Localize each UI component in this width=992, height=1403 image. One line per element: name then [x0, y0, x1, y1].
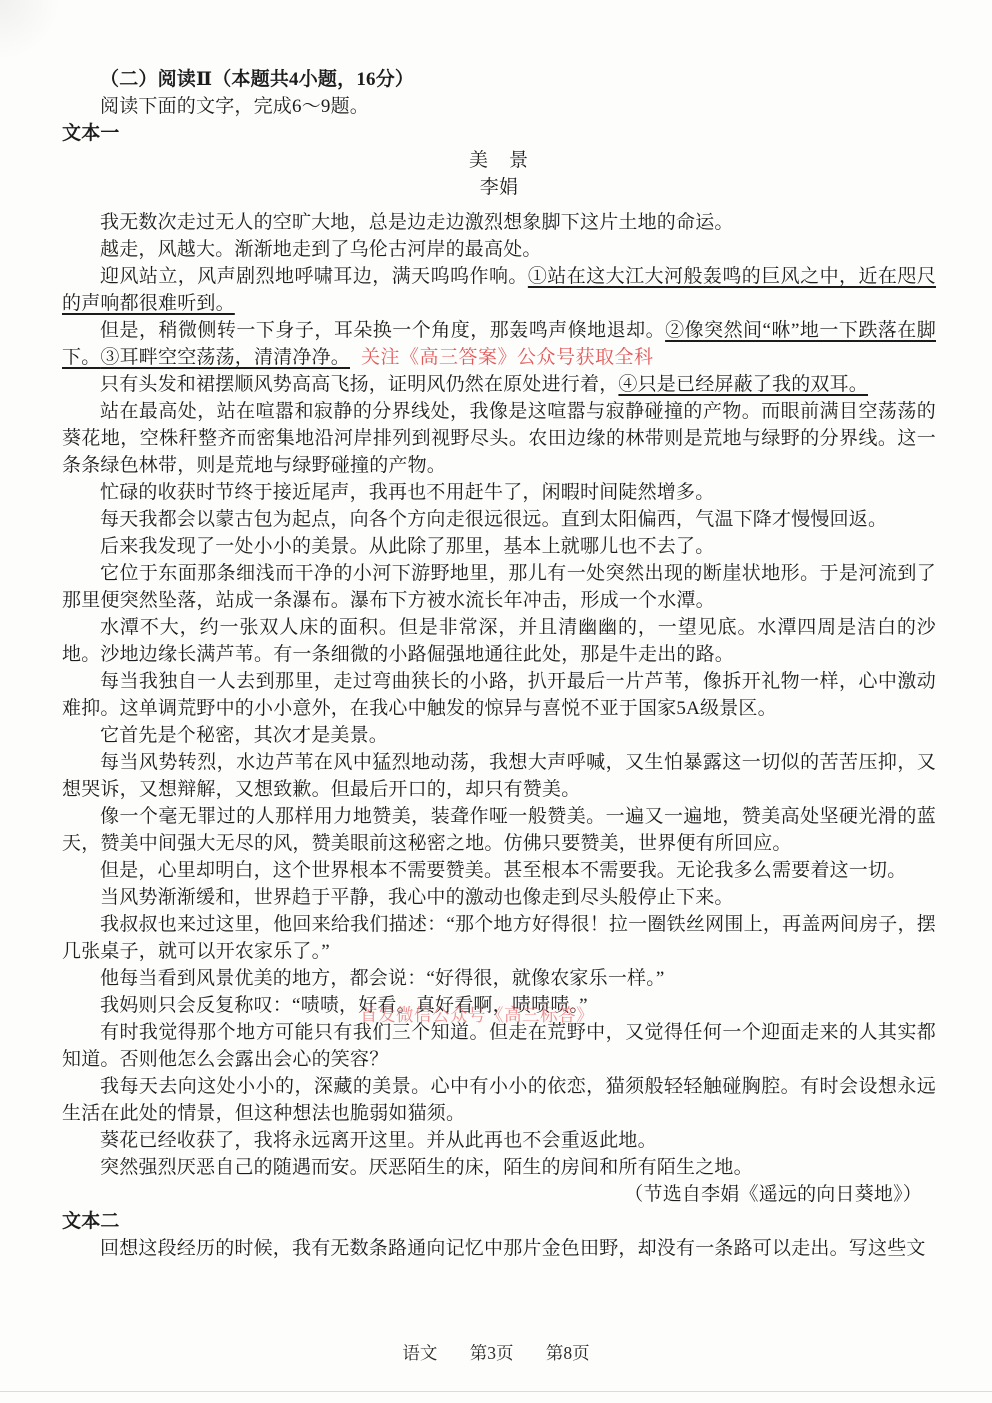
underlined-segment: ④只是已经屏蔽了我的双耳。	[618, 374, 868, 395]
paragraph: 它首先是个秘密，其次才是美景。	[62, 722, 936, 749]
paragraph: 当风势渐渐缓和，世界趋于平静，我心中的激动也像走到尽头般停止下来。	[62, 884, 936, 911]
text-segment: 站在最高处，站在喧嚣和寂静的分界线处，我像是这喧嚣与寂静碰撞的产物。而眼前满目空…	[62, 401, 936, 476]
text-two-label: 文本二	[62, 1208, 936, 1235]
essay-title: 美 景	[62, 147, 936, 174]
reading-instruction: 阅读下面的文字，完成6～9题。	[62, 93, 936, 120]
text-segment: 水潭不大，约一张双人床的面积。但是非常深，并且清幽幽的，一望见底。水潭四周是洁白…	[62, 617, 936, 665]
scan-edge-line	[0, 1391, 992, 1392]
text-segment: 它首先是个秘密，其次才是美景。	[100, 725, 388, 746]
text-one-label: 文本一	[62, 120, 936, 147]
underlined-segment: ③耳畔空空荡荡，清清净净。	[100, 347, 350, 368]
text-segment: 后来我发现了一处小小的美景。从此除了那里，基本上就哪儿也不去了。	[100, 536, 714, 557]
text-segment: 每当我独自一人去到那里，走过弯曲狭长的小路，扒开最后一片芦苇，像拆开礼物一样，心…	[62, 671, 936, 719]
footer-page-total: 第8页	[546, 1343, 590, 1363]
paragraph: 迎风站立，风声剧烈地呼啸耳边，满天呜呜作响。①站在这大江大河般轰鸣的巨风之中，近…	[62, 263, 936, 317]
paragraph: 他每当看到风景优美的地方，都会说：“好得很，就像农家乐一样。”	[62, 965, 936, 992]
paragraph: 像一个毫无罪过的人那样用力地赞美，装聋作哑一般赞美。一遍又一遍地，赞美高处坚硬光…	[62, 803, 936, 857]
text-segment: 像一个毫无罪过的人那样用力地赞美，装聋作哑一般赞美。一遍又一遍地，赞美高处坚硬光…	[62, 806, 936, 854]
text-segment: 它位于东面那条细浅而干净的小河下游野地里，那儿有一处突然出现的断崖状地形。于是河…	[62, 563, 936, 611]
text-segment: 我妈则只会反复称叹：“啧啧，好看。真好看啊，啧啧啧。”	[100, 995, 588, 1016]
text-segment: 突然强烈厌恶自己的随遇而安。厌恶陌生的床，陌生的房间和所有陌生之地。	[100, 1157, 753, 1178]
paragraph: 每天我都会以蒙古包为起点，向各个方向走很远很远。直到太阳偏西，气温下降才慢慢回返…	[62, 506, 936, 533]
paragraph: 我每天去向这处小小的，深藏的美景。心中有小小的依恋，猫须般轻轻触碰胸腔。有时会设…	[62, 1073, 936, 1127]
paragraph: 葵花已经收获了，我将永远离开这里。并从此再也不会重返此地。	[62, 1127, 936, 1154]
paragraph: 水潭不大，约一张双人床的面积。但是非常深，并且清幽幽的，一望见底。水潭四周是洁白…	[62, 614, 936, 668]
text-segment: 有时我觉得那个地方可能只有我们三个知道。但走在荒野中，又觉得任何一个迎面走来的人…	[62, 1022, 936, 1070]
article-body: 我无数次走过无人的空旷大地，总是边走边激烈想象脚下这片土地的命运。越走，风越大。…	[62, 209, 936, 1181]
text-segment: 越走，风越大。渐渐地走到了乌伦古河岸的最高处。	[100, 239, 542, 260]
text-segment: 忙碌的收获时节终于接近尾声，我再也不用赶牛了，闲暇时间陡然增多。	[100, 482, 714, 503]
text-segment: 他每当看到风景优美的地方，都会说：“好得很，就像农家乐一样。”	[100, 968, 665, 989]
text-two-body: 回想这段经历的时候，我有无数条路通向记忆中那片金色田野，却没有一条路可以走出。写…	[62, 1235, 936, 1262]
paragraph: 我妈则只会反复称叹：“啧啧，好看。真好看啊，啧啧啧。”	[62, 992, 936, 1019]
paragraph: 但是，稍微侧转一下身子，耳朵换一个角度，那轰鸣声倏地退却。②像突然间“咻”地一下…	[62, 317, 936, 371]
page-footer: 语文 第3页 第8页	[0, 1340, 992, 1365]
section-title: （二）阅读Ⅱ（本题共4小题，16分）	[62, 66, 936, 93]
text-segment: 每天我都会以蒙古包为起点，向各个方向走很远很远。直到太阳偏西，气温下降才慢慢回返…	[100, 509, 887, 530]
page-content: （二）阅读Ⅱ（本题共4小题，16分） 阅读下面的文字，完成6～9题。 文本一 美…	[62, 66, 936, 1262]
text-segment: 我无数次走过无人的空旷大地，总是边走边激烈想象脚下这片土地的命运。	[100, 212, 734, 233]
paragraph: 回想这段经历的时候，我有无数条路通向记忆中那片金色田野，却没有一条路可以走出。写…	[62, 1235, 936, 1262]
paragraph: 有时我觉得那个地方可能只有我们三个知道。但走在荒野中，又觉得任何一个迎面走来的人…	[62, 1019, 936, 1073]
paragraph: 我叔叔也来过这里，他回来给我们描述：“那个地方好得很！拉一圈铁丝网围上，再盖两间…	[62, 911, 936, 965]
paragraph: 越走，风越大。渐渐地走到了乌伦古河岸的最高处。	[62, 236, 936, 263]
paragraph: 忙碌的收获时节终于接近尾声，我再也不用赶牛了，闲暇时间陡然增多。	[62, 479, 936, 506]
text-segment: 但是，心里却明白，这个世界根本不需要赞美。甚至根本不需要我。无论我多么需要着这一…	[100, 860, 906, 881]
text-segment: 只有头发和裙摆顺风势高高飞扬，证明风仍然在原处进行着，	[100, 374, 618, 395]
footer-subject: 语文	[402, 1343, 437, 1363]
paragraph: 但是，心里却明白，这个世界根本不需要赞美。甚至根本不需要我。无论我多么需要着这一…	[62, 857, 936, 884]
source-attribution: （节选自李娟《遥远的向日葵地》）	[62, 1181, 936, 1208]
essay-author: 李娟	[62, 174, 936, 201]
text-segment: 我每天去向这处小小的，深藏的美景。心中有小小的依恋，猫须般轻轻触碰胸腔。有时会设…	[62, 1076, 936, 1124]
paragraph: 我无数次走过无人的空旷大地，总是边走边激烈想象脚下这片土地的命运。	[62, 209, 936, 236]
paragraph: 每当风势转烈，水边芦苇在风中猛烈地动荡，我想大声呼喊，又生怕暴露这一切似的苦苦压…	[62, 749, 936, 803]
paragraph: 站在最高处，站在喧嚣和寂静的分界线处，我像是这喧嚣与寂静碰撞的产物。而眼前满目空…	[62, 398, 936, 479]
paragraph: 只有头发和裙摆顺风势高高飞扬，证明风仍然在原处进行着，④只是已经屏蔽了我的双耳。	[62, 371, 936, 398]
text-segment: 回想这段经历的时候，我有无数条路通向记忆中那片金色田野，却没有一条路可以走出。写…	[100, 1238, 926, 1259]
paragraph: 后来我发现了一处小小的美景。从此除了那里，基本上就哪儿也不去了。	[62, 533, 936, 560]
text-segment: 当风势渐渐缓和，世界趋于平静，我心中的激动也像走到尽头般停止下来。	[100, 887, 734, 908]
footer-page-current: 第3页	[470, 1343, 514, 1363]
exam-paper-page: （二）阅读Ⅱ（本题共4小题，16分） 阅读下面的文字，完成6～9题。 文本一 美…	[0, 0, 992, 1403]
paragraph: 它位于东面那条细浅而干净的小河下游野地里，那儿有一处突然出现的断崖状地形。于是河…	[62, 560, 936, 614]
text-segment: 但是，稍微侧转一下身子，耳朵换一个角度，那轰鸣声倏地退却。	[100, 320, 665, 341]
paragraph: 突然强烈厌恶自己的随遇而安。厌恶陌生的床，陌生的房间和所有陌生之地。	[62, 1154, 936, 1181]
text-segment: 葵花已经收获了，我将永远离开这里。并从此再也不会重返此地。	[100, 1130, 657, 1151]
paragraph: 每当我独自一人去到那里，走过弯曲狭长的小路，扒开最后一片芦苇，像拆开礼物一样，心…	[62, 668, 936, 722]
text-segment: 迎风站立，风声剧烈地呼啸耳边，满天呜呜作响。	[100, 266, 528, 287]
text-segment: 每当风势转烈，水边芦苇在风中猛烈地动荡，我想大声呼喊，又生怕暴露这一切似的苦苦压…	[62, 752, 936, 800]
text-segment: 我叔叔也来过这里，他回来给我们描述：“那个地方好得很！拉一圈铁丝网围上，再盖两间…	[62, 914, 936, 962]
